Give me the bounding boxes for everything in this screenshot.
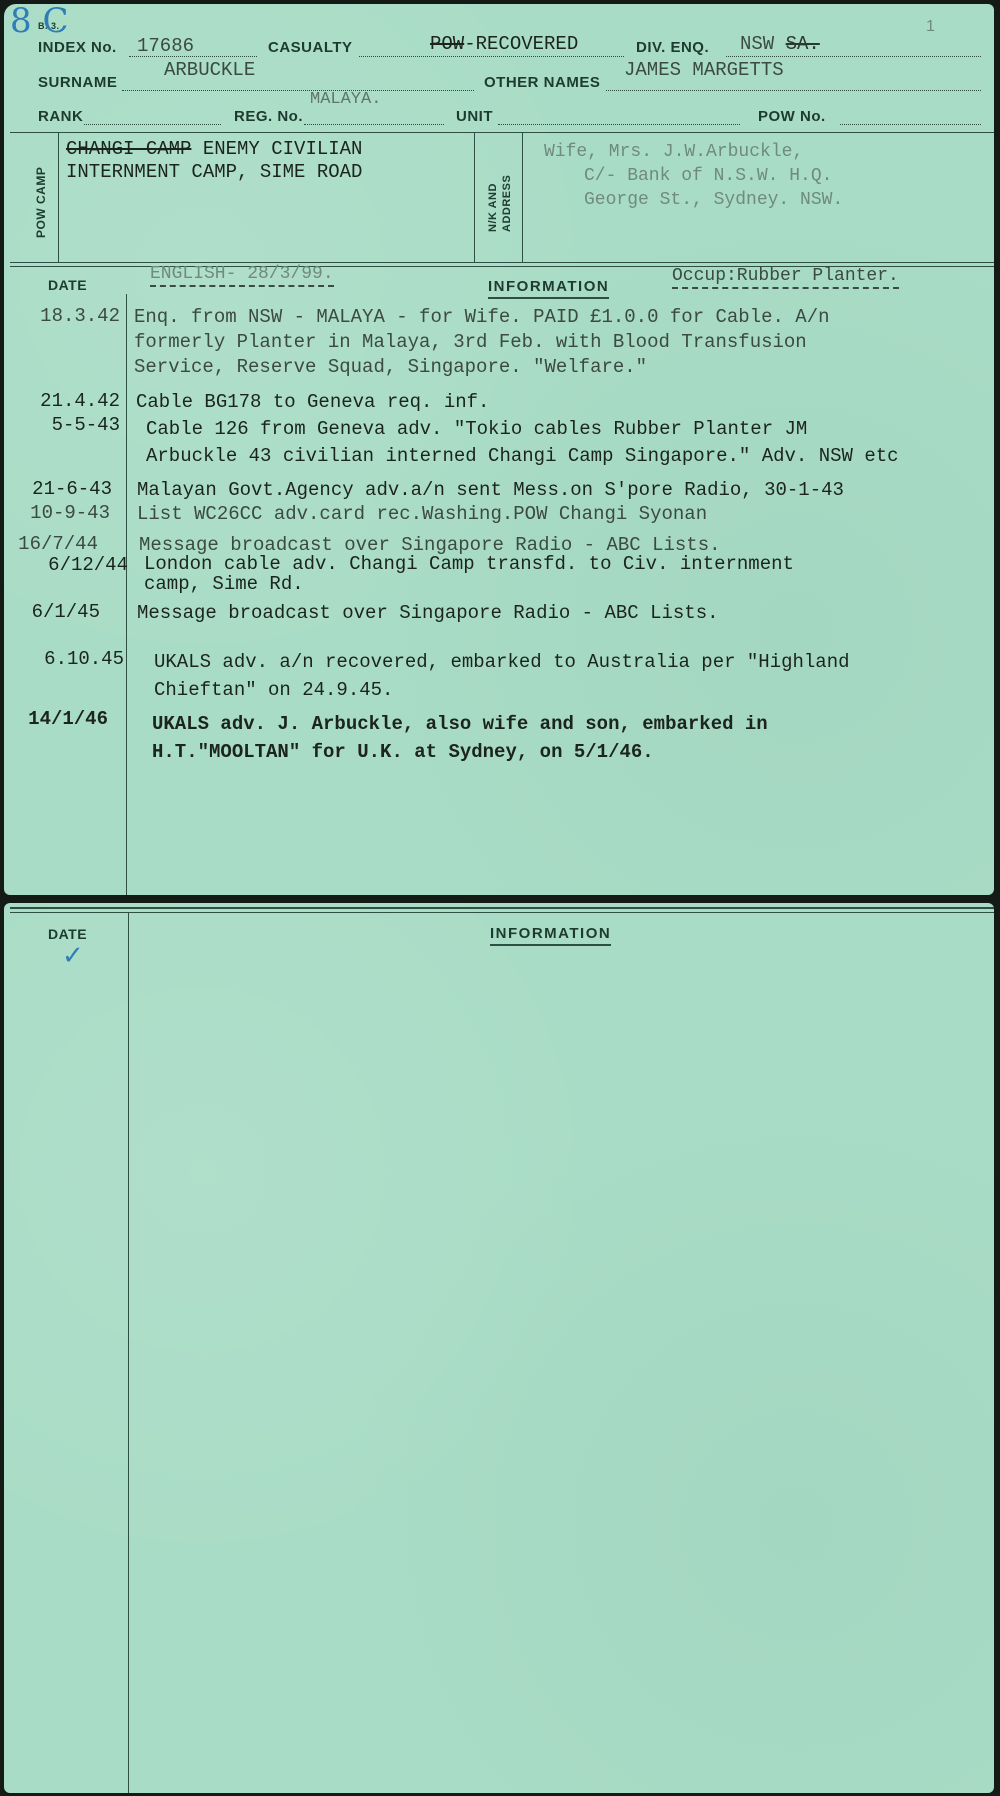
rank-line	[84, 124, 221, 125]
nk-right-divider	[522, 132, 523, 262]
back-date-column-divider	[128, 913, 129, 1793]
surname-value: ARBUCKLE	[164, 59, 255, 81]
pow-camp-line1: ENEMY CIVILIAN	[191, 138, 362, 160]
information-column-header: INFORMATION	[488, 278, 609, 299]
header-double-rule-1	[10, 262, 994, 263]
nk-address-line3: George St., Sydney. NSW.	[544, 188, 843, 212]
surname-label: SURNAME	[38, 74, 117, 91]
occupation-note: Occup:Rubber Planter.	[672, 266, 899, 289]
address-label: ADDRESS	[500, 175, 514, 232]
record-card-back: DATE ✓ INFORMATION	[4, 903, 994, 1793]
unit-line	[498, 124, 740, 125]
entry-text: Enq. from NSW - MALAYA - for Wife. PAID …	[134, 305, 830, 380]
back-top-rule-1	[10, 907, 994, 909]
corner-mark: 1	[926, 18, 935, 36]
casualty-label: CASUALTY	[268, 39, 353, 56]
entry-text: Malayan Govt.Agency adv.a/n sent Mess.on…	[137, 478, 844, 503]
english-note: ENGLISH- 28/3/99.	[150, 264, 334, 287]
entry-text: Cable 126 from Geneva adv. "Tokio cables…	[146, 416, 899, 470]
div-enq-label: DIV. ENQ.	[636, 39, 709, 56]
camp-box-top-border	[10, 132, 994, 133]
nk-address-label: N/K AND ADDRESS	[486, 175, 514, 232]
div-enq-nsw: NSW	[740, 33, 774, 55]
reg-no-line	[304, 124, 444, 125]
div-enq-value: NSW SA.	[740, 33, 820, 55]
index-no-value: 17686	[137, 35, 194, 57]
pow-camp-line2: INTERNMENT CAMP, SIME ROAD	[66, 161, 362, 184]
pow-no-line	[840, 124, 981, 125]
entry-date: 6.10.45	[6, 648, 124, 670]
nk-address-line1: Wife, Mrs. J.W.Arbuckle,	[544, 140, 843, 164]
casualty-value: POW-RECOVERED	[430, 33, 578, 55]
other-names-value: JAMES MARGETTS	[624, 59, 784, 81]
entry-date: 6/12/44	[10, 554, 128, 576]
entry-text: Message broadcast over Singapore Radio -…	[137, 601, 719, 626]
entry-date: 10-9-43	[0, 502, 110, 524]
unit-label: UNIT	[456, 108, 493, 125]
record-card-front: 8 C 1 B. 3. INDEX No. 17686 CASUALTY POW…	[4, 4, 994, 895]
entry-date: 16/7/44	[0, 533, 98, 555]
surname-note: MALAYA.	[310, 90, 381, 109]
index-no-label: INDEX No.	[38, 39, 117, 56]
date-column-header: DATE	[48, 277, 87, 293]
back-date-column-header: DATE	[48, 926, 87, 942]
nk-left-divider	[474, 132, 475, 262]
pow-camp-struck: CHANGI CAMP	[66, 138, 191, 160]
back-information-column-header: INFORMATION	[490, 925, 611, 946]
casualty-current-value: -RECOVERED	[464, 33, 578, 55]
entry-text: UKALS adv. J. Arbuckle, also wife and so…	[152, 710, 768, 766]
entry-date: 14/1/46	[0, 708, 108, 730]
entry-text: List WC26CC adv.card rec.Washing.POW Cha…	[137, 502, 707, 527]
entry-text: London cable adv. Changi Camp transfd. t…	[144, 554, 794, 594]
other-names-label: OTHER NAMES	[484, 74, 600, 91]
entry-date: 5-5-43	[2, 414, 120, 436]
pow-no-label: POW No.	[758, 108, 826, 125]
pow-camp-value: CHANGI CAMP ENEMY CIVILIAN INTERNMENT CA…	[66, 138, 362, 184]
entry-date: 18.3.42	[2, 305, 120, 327]
date-column-divider	[126, 294, 127, 895]
pow-camp-divider	[58, 132, 59, 262]
div-enq-line	[726, 56, 981, 57]
pow-camp-label: POW CAMP	[34, 167, 48, 238]
entry-date: 21.4.42	[2, 390, 120, 412]
entry-date: 6/1/45	[0, 601, 100, 623]
casualty-struck-value: POW	[430, 33, 464, 55]
nk-address-value: Wife, Mrs. J.W.Arbuckle, C/- Bank of N.S…	[544, 140, 843, 212]
casualty-line	[359, 56, 624, 57]
entry-date: 21-6-43	[0, 478, 112, 500]
rank-label: RANK	[38, 108, 83, 125]
form-code: B. 3.	[38, 21, 60, 31]
nk-and-label: N/K AND	[486, 175, 500, 232]
entry-text: UKALS adv. a/n recovered, embarked to Au…	[154, 648, 850, 704]
other-names-line	[606, 90, 981, 91]
nk-address-line2: C/- Bank of N.S.W. H.Q.	[544, 164, 843, 188]
reg-no-label: REG. No.	[234, 108, 303, 125]
back-top-rule-2	[10, 912, 994, 913]
surname-line	[122, 90, 474, 91]
check-mark-icon: ✓	[62, 941, 84, 971]
div-enq-sa-struck: SA.	[786, 33, 820, 55]
entry-text: Cable BG178 to Geneva req. inf.	[136, 390, 489, 415]
